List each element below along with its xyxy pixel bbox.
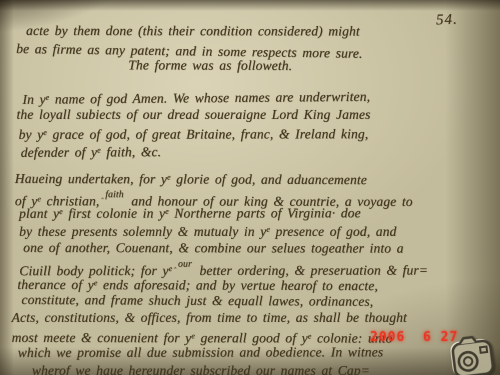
manuscript-line-segment: Acts, constitutions, & offices, from tim… <box>12 310 407 325</box>
manuscript-text: acte by them done (this their condition … <box>10 19 500 375</box>
manuscript-line: Haueing undertaken, for ye glorie of god… <box>15 168 499 187</box>
manuscript-line-segment: The forme was as followeth. <box>128 58 292 74</box>
manuscript-line: the loyall subiects of our dread souerai… <box>16 106 498 124</box>
manuscript-line-segment: by y <box>19 127 44 142</box>
manuscript-line-segment: therance of y <box>17 277 93 292</box>
manuscript-line-segment: glorie of god, and aduancemente <box>171 172 367 188</box>
manuscript-line-segment: most meete & conuenient for y <box>12 329 192 344</box>
manuscript-line: acte by them done (this their condition … <box>26 22 498 40</box>
manuscript-line: wherof we haue hereunder subscribed our … <box>32 362 500 375</box>
manuscript-line-segment: Northerne parts of Virginia· doe <box>169 206 361 221</box>
manuscript-line: In ye name of god Amen. We whose names a… <box>22 85 498 107</box>
manuscript-line: by these presents solemnly & mutualy in … <box>19 221 499 239</box>
manuscript-line: which we promise all due submission and … <box>18 343 500 361</box>
camera-watermark <box>442 329 499 375</box>
manuscript-line-segment: Haueing undertaken, for y <box>15 171 167 187</box>
manuscript-line-segment: constitute, and frame shuch just & equal… <box>21 292 373 309</box>
manuscript-line-segment: wherof we haue hereunder subscribed our … <box>32 363 370 375</box>
manuscript-line-segment: acte by them done (this their condition … <box>26 23 360 39</box>
manuscript-line-segment: plant y <box>19 206 59 221</box>
manuscript-line-segment: ends aforesaid; and by vertue hearof to … <box>97 277 378 293</box>
manuscript-line: plant ye first colonie in ye Northerne p… <box>19 202 499 220</box>
manuscript-line: therance of ye ends aforesaid; and by ve… <box>17 274 499 293</box>
manuscript-line-segment: In y <box>22 91 45 106</box>
manuscript-line-segment: faith, &c. <box>101 144 161 159</box>
manuscript-line: one of another, Couenant, & combine our … <box>23 238 499 256</box>
manuscript-line-segment: first colonie in y <box>63 206 165 221</box>
manuscript-line: Acts, constitutions, & offices, from tim… <box>12 309 500 327</box>
interlinear-insertion: our <box>172 259 194 270</box>
manuscript-line-segment: by these presents solemnly & mutualy in … <box>19 224 266 239</box>
interlinear-insertion: faith <box>99 189 125 200</box>
manuscript-line-segment: presence of god, and <box>270 224 397 239</box>
manuscript-line-segment: one of another, Couenant, & combine our … <box>23 239 403 255</box>
manuscript-line: The forme was as followeth. <box>128 57 498 76</box>
manuscript-line: defender of ye faith, &c. <box>21 139 499 159</box>
manuscript-photo: 54. acte by them done (this their condit… <box>0 0 500 375</box>
manuscript-line-segment: the loyall subiects of our dread souerai… <box>16 107 370 122</box>
manuscript-line-segment: name of god Amen. We whose names are und… <box>49 89 370 107</box>
manuscript-line-segment: which we promise all due submission and … <box>18 344 383 360</box>
manuscript-line-segment: defender of y <box>21 144 98 159</box>
camera-icon <box>442 329 499 375</box>
manuscript-line: Ciuill body politick; for yeour better o… <box>19 255 499 273</box>
manuscript-line: by ye grace of god, of great Britaine, f… <box>19 123 499 141</box>
manuscript-line-segment: grace of god, of great Britaine, franc, … <box>47 126 368 142</box>
